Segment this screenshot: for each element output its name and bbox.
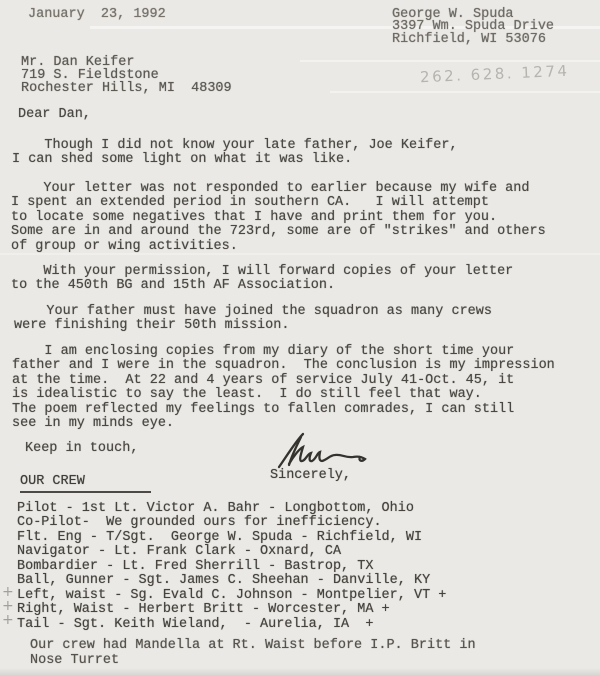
body-paragraph-2: Your letter was not responded to earlier…: [11, 182, 546, 254]
body-paragraph-4: Your father must have joined the squadro…: [14, 305, 492, 334]
body-paragraph-5: I am enclosing copies from my diary of t…: [12, 345, 555, 431]
pencil-margin-cross: +: [2, 612, 14, 628]
salutation: Dear Dan,: [18, 108, 91, 122]
letter-page: January 23, 1992 George W. Spuda 3397 Wm…: [0, 0, 600, 675]
scan-streak: [330, 91, 600, 93]
sender-address: George W. Spuda 3397 Wm. Spuda Drive Ric…: [392, 9, 554, 46]
recipient-address: Mr. Dan Keifer 719 S. Fieldstone Rochest…: [21, 57, 232, 96]
crew-roster: Pilot - 1st Lt. Victor A. Bahr - Longbot…: [17, 502, 446, 632]
body-paragraph-1: Though I did not know your late father, …: [12, 139, 458, 168]
closing-informal: Keep in touch,: [25, 442, 138, 456]
signature-scrawl: [272, 431, 370, 469]
closing-formal: Sincerely,: [270, 469, 351, 483]
handwritten-phone-number: 262. 628. 1274: [420, 62, 570, 87]
letter-date: January 23, 1992: [28, 8, 166, 22]
body-paragraph-3: With your permission, I will forward cop…: [11, 265, 513, 294]
crew-section-heading: OUR CREW: [20, 475, 151, 493]
crew-note: Our crew had Mandella at Rt. Waist befor…: [30, 639, 476, 668]
scan-edge-shadow: [0, 668, 600, 675]
